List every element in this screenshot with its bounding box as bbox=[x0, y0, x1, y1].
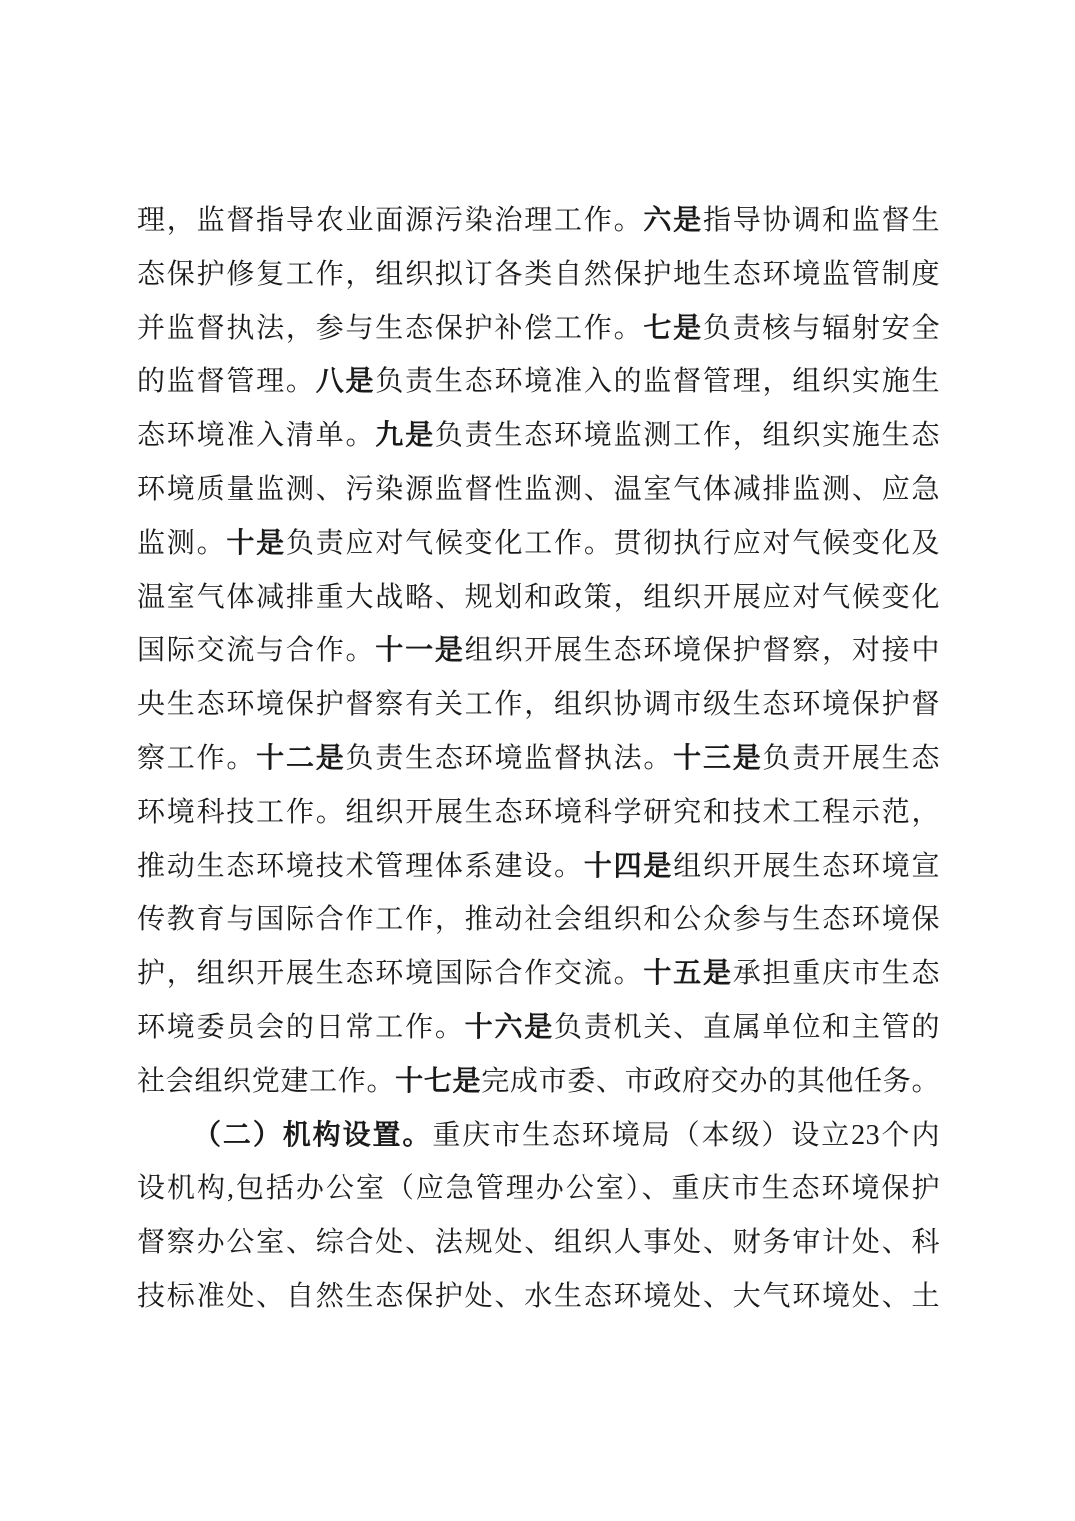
text-line: 察工作。十二是负责生态环境监督执法。十三是负责开展生态 bbox=[137, 732, 940, 786]
text-line: 的监督管理。八是负责生态环境准入的监督管理，组织实施生 bbox=[137, 355, 940, 409]
text-segment: 负责核与辐射安全 bbox=[703, 313, 940, 344]
text-line: 环境科技工作。组织开展生态环境科学研究和技术工程示范， bbox=[137, 786, 940, 840]
text-line: 环境委员会的日常工作。十六是负责机关、直属单位和主管的 bbox=[137, 1001, 940, 1055]
text-line: 态环境准入清单。九是负责生态环境监测工作，组织实施生态 bbox=[137, 409, 940, 463]
bold-text-segment: 十六是 bbox=[465, 1012, 554, 1043]
text-line: 设机构,包括办公室（应急管理办公室）、重庆市生态环境保护 bbox=[137, 1162, 940, 1216]
bold-text-segment: 八是 bbox=[316, 366, 376, 397]
text-segment: 负责生态环境准入的监督管理，组织实施生 bbox=[375, 366, 940, 397]
bold-text-segment: 六是 bbox=[643, 205, 703, 236]
bold-text-segment: 十四是 bbox=[584, 851, 673, 882]
text-segment: 设机构,包括办公室（应急管理办公室）、重庆市生态环境保护 bbox=[137, 1173, 940, 1204]
text-segment: 环境委员会的日常工作。 bbox=[137, 1012, 465, 1043]
bold-text-segment: （二）机构设置。 bbox=[193, 1120, 432, 1151]
text-segment: 态保护修复工作，组织拟订各类自然保护地生态环境监管制度 bbox=[137, 259, 940, 290]
text-segment: 态环境准入清单。 bbox=[137, 420, 375, 451]
text-segment: 的监督管理。 bbox=[137, 366, 316, 397]
text-segment: 环境科技工作。组织开展生态环境科学研究和技术工程示范， bbox=[137, 797, 940, 828]
bold-text-segment: 十二是 bbox=[256, 743, 345, 774]
text-segment: 负责生态环境监督执法。 bbox=[346, 743, 674, 774]
document-page: 理，监督指导农业面源污染治理工作。六是指导协调和监督生态保护修复工作，组织拟订各… bbox=[0, 0, 1075, 1521]
text-segment: 负责机关、直属单位和主管的 bbox=[554, 1012, 940, 1043]
text-segment: 负责应对气候变化工作。贯彻执行应对气候变化及 bbox=[286, 528, 940, 559]
text-segment: 温室气体减排重大战略、规划和政策，组织开展应对气候变化 bbox=[137, 582, 940, 613]
text-line: 督察办公室、综合处、法规处、组织人事处、财务审计处、科 bbox=[137, 1216, 940, 1270]
text-segment: 组织开展生态环境宣 bbox=[673, 851, 940, 882]
text-segment: 指导协调和监督生 bbox=[703, 205, 940, 236]
bold-text-segment: 七是 bbox=[643, 313, 703, 344]
text-segment: 承担重庆市生态 bbox=[733, 958, 940, 989]
text-segment: 负责生态环境监测工作，组织实施生态 bbox=[435, 420, 940, 451]
text-segment: 理，监督指导农业面源污染治理工作。 bbox=[137, 205, 643, 236]
text-segment: 组织开展生态环境保护督察，对接中 bbox=[465, 635, 940, 666]
text-segment: 护，组织开展生态环境国际合作交流。 bbox=[137, 958, 643, 989]
text-line: 推动生态环境技术管理体系建设。十四是组织开展生态环境宣 bbox=[137, 840, 940, 894]
bold-text-segment: 十七是 bbox=[395, 1066, 481, 1097]
text-line: 央生态环境保护督察有关工作，组织协调市级生态环境保护督 bbox=[137, 678, 940, 732]
text-line: 并监督执法，参与生态保护补偿工作。七是负责核与辐射安全 bbox=[137, 302, 940, 356]
bold-text-segment: 十五是 bbox=[643, 958, 732, 989]
text-line: 技标准处、自然生态保护处、水生态环境处、大气环境处、土 bbox=[137, 1270, 940, 1324]
text-segment: 环境质量监测、污染源监督性监测、温室气体减排监测、应急 bbox=[137, 474, 940, 505]
text-segment: 并监督执法，参与生态保护补偿工作。 bbox=[137, 313, 643, 344]
text-segment: 完成市委、市政府交办的其他任务。 bbox=[481, 1066, 940, 1097]
document-text: 理，监督指导农业面源污染治理工作。六是指导协调和监督生态保护修复工作，组织拟订各… bbox=[137, 194, 940, 1324]
text-segment: 央生态环境保护督察有关工作，组织协调市级生态环境保护督 bbox=[137, 689, 940, 720]
text-segment: 技标准处、自然生态保护处、水生态环境处、大气环境处、土 bbox=[137, 1281, 940, 1312]
text-line: 社会组织党建工作。十七是完成市委、市政府交办的其他任务。 bbox=[137, 1055, 940, 1109]
text-line: 国际交流与合作。十一是组织开展生态环境保护督察，对接中 bbox=[137, 624, 940, 678]
text-segment: 传教育与国际合作工作，推动社会组织和公众参与生态环境保 bbox=[137, 904, 940, 935]
text-segment: 国际交流与合作。 bbox=[137, 635, 375, 666]
text-line: 监测。十是负责应对气候变化工作。贯彻执行应对气候变化及 bbox=[137, 517, 940, 571]
bold-text-segment: 十一是 bbox=[375, 635, 464, 666]
text-line: 理，监督指导农业面源污染治理工作。六是指导协调和监督生 bbox=[137, 194, 940, 248]
bold-text-segment: 十是 bbox=[226, 528, 286, 559]
bold-text-segment: 十三是 bbox=[673, 743, 762, 774]
text-segment: 重庆市生态环境局（本级）设立23个内 bbox=[432, 1120, 940, 1151]
text-segment: 社会组织党建工作。 bbox=[137, 1066, 395, 1097]
text-segment: 监测。 bbox=[137, 528, 226, 559]
text-segment: 推动生态环境技术管理体系建设。 bbox=[137, 851, 584, 882]
text-segment: 察工作。 bbox=[137, 743, 256, 774]
text-line: 传教育与国际合作工作，推动社会组织和公众参与生态环境保 bbox=[137, 893, 940, 947]
text-segment: 督察办公室、综合处、法规处、组织人事处、财务审计处、科 bbox=[137, 1227, 940, 1258]
text-line: 温室气体减排重大战略、规划和政策，组织开展应对气候变化 bbox=[137, 571, 940, 625]
text-line: 态保护修复工作，组织拟订各类自然保护地生态环境监管制度 bbox=[137, 248, 940, 302]
text-line: 护，组织开展生态环境国际合作交流。十五是承担重庆市生态 bbox=[137, 947, 940, 1001]
text-line: 环境质量监测、污染源监督性监测、温室气体减排监测、应急 bbox=[137, 463, 940, 517]
bold-text-segment: 九是 bbox=[375, 420, 435, 451]
text-line: （二）机构设置。重庆市生态环境局（本级）设立23个内 bbox=[137, 1109, 940, 1163]
text-segment: 负责开展生态 bbox=[763, 743, 940, 774]
